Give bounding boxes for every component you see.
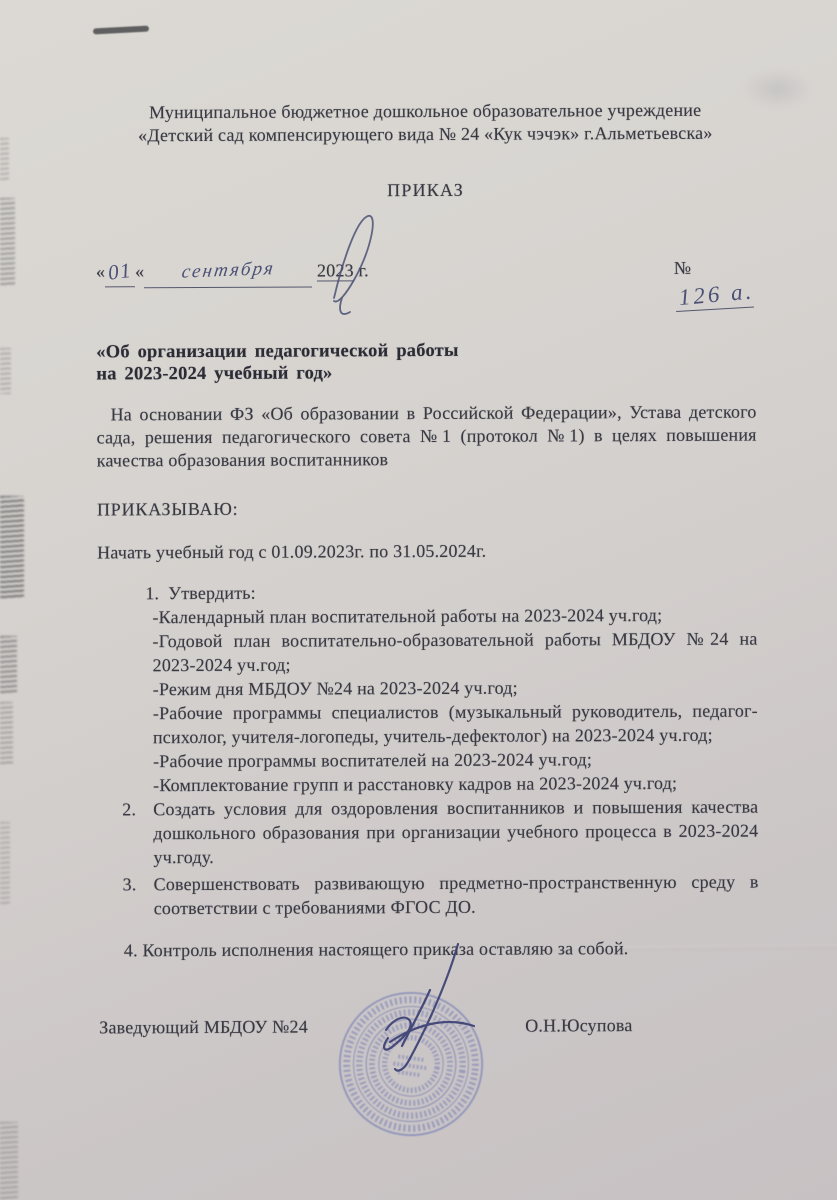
number-sign: № (674, 258, 691, 278)
item-number: 2. (122, 797, 136, 821)
item-number: 1. (145, 583, 159, 603)
day-blank-line: 01 (105, 255, 135, 287)
subject-line2: на 2023-2024 учебный год» (96, 361, 756, 386)
order-number-field: № 126 а. (674, 253, 760, 314)
item-text: Утвердить: (168, 583, 256, 603)
organization-header: Муниципальное бюджетное дошкольное образ… (95, 99, 755, 148)
order-item-3: 3.Совершенствовать развивающую предметно… (154, 870, 759, 921)
number-blank-line: 126 а. (674, 283, 760, 314)
organization-name-line1: Муниципальное бюджетное дошкольное образ… (95, 99, 755, 125)
item-text: Создать условия для оздоровления воспита… (153, 797, 758, 868)
approved-document-line: -Годовой план воспитательно-образователь… (152, 627, 757, 678)
order-document: Муниципальное бюджетное дошкольное образ… (95, 0, 760, 1040)
approved-document-line: -Рабочие программы специалистов (музыкал… (153, 699, 758, 750)
order-subject: «Об организации педагогической работы на… (96, 339, 756, 386)
quote-mark: « (96, 261, 105, 281)
date-and-number-row: «01«сентября 2023 г. № 126 а. (96, 253, 756, 286)
subject-line1: «Об организации педагогической работы (96, 339, 756, 364)
opening-clause: Начать учебный год с 01.09.2023г. по 31.… (97, 539, 757, 565)
handwriting-flourish (312, 206, 390, 324)
signer-name: О.Н.Юсупова (525, 1012, 632, 1038)
handwritten-day: 01 (106, 255, 134, 288)
approved-document-line: -Рабочие программы воспитателей на 2023-… (153, 747, 758, 774)
handwritten-month: сентября (180, 254, 277, 288)
approved-document-line: -Календарный план воспитательной работы … (152, 603, 757, 630)
approved-document-line: -Режим дня МБДОУ №24 на 2023-2024 уч.год… (153, 675, 758, 702)
order-items-list: 1.Утвердить: -Календарный план воспитате… (97, 579, 758, 921)
signature (352, 938, 492, 1090)
quote-mark: « (135, 261, 144, 281)
order-item-2: 2.Создать условия для оздоровления воспи… (153, 795, 758, 870)
month-blank-line: сентября (144, 255, 312, 288)
item-text: Совершенствовать развивающую предметно-п… (154, 872, 759, 919)
document-title: ПРИКАЗ (96, 177, 756, 204)
organization-name-line2: «Детский сад компенсирующего вида № 24 «… (95, 122, 755, 148)
preamble-paragraph: На основании ФЗ «Об образовании в Россий… (96, 401, 756, 473)
order-item-1: 1.Утвердить: (145, 579, 757, 606)
approved-document-line: -Комплектование групп и расстановку кадр… (153, 771, 758, 798)
order-keyword: ПРИКАЗЫВАЮ: (97, 496, 757, 522)
item-number: 3. (123, 872, 137, 896)
signer-position: Заведующий МБДОУ №24 (99, 1017, 308, 1038)
